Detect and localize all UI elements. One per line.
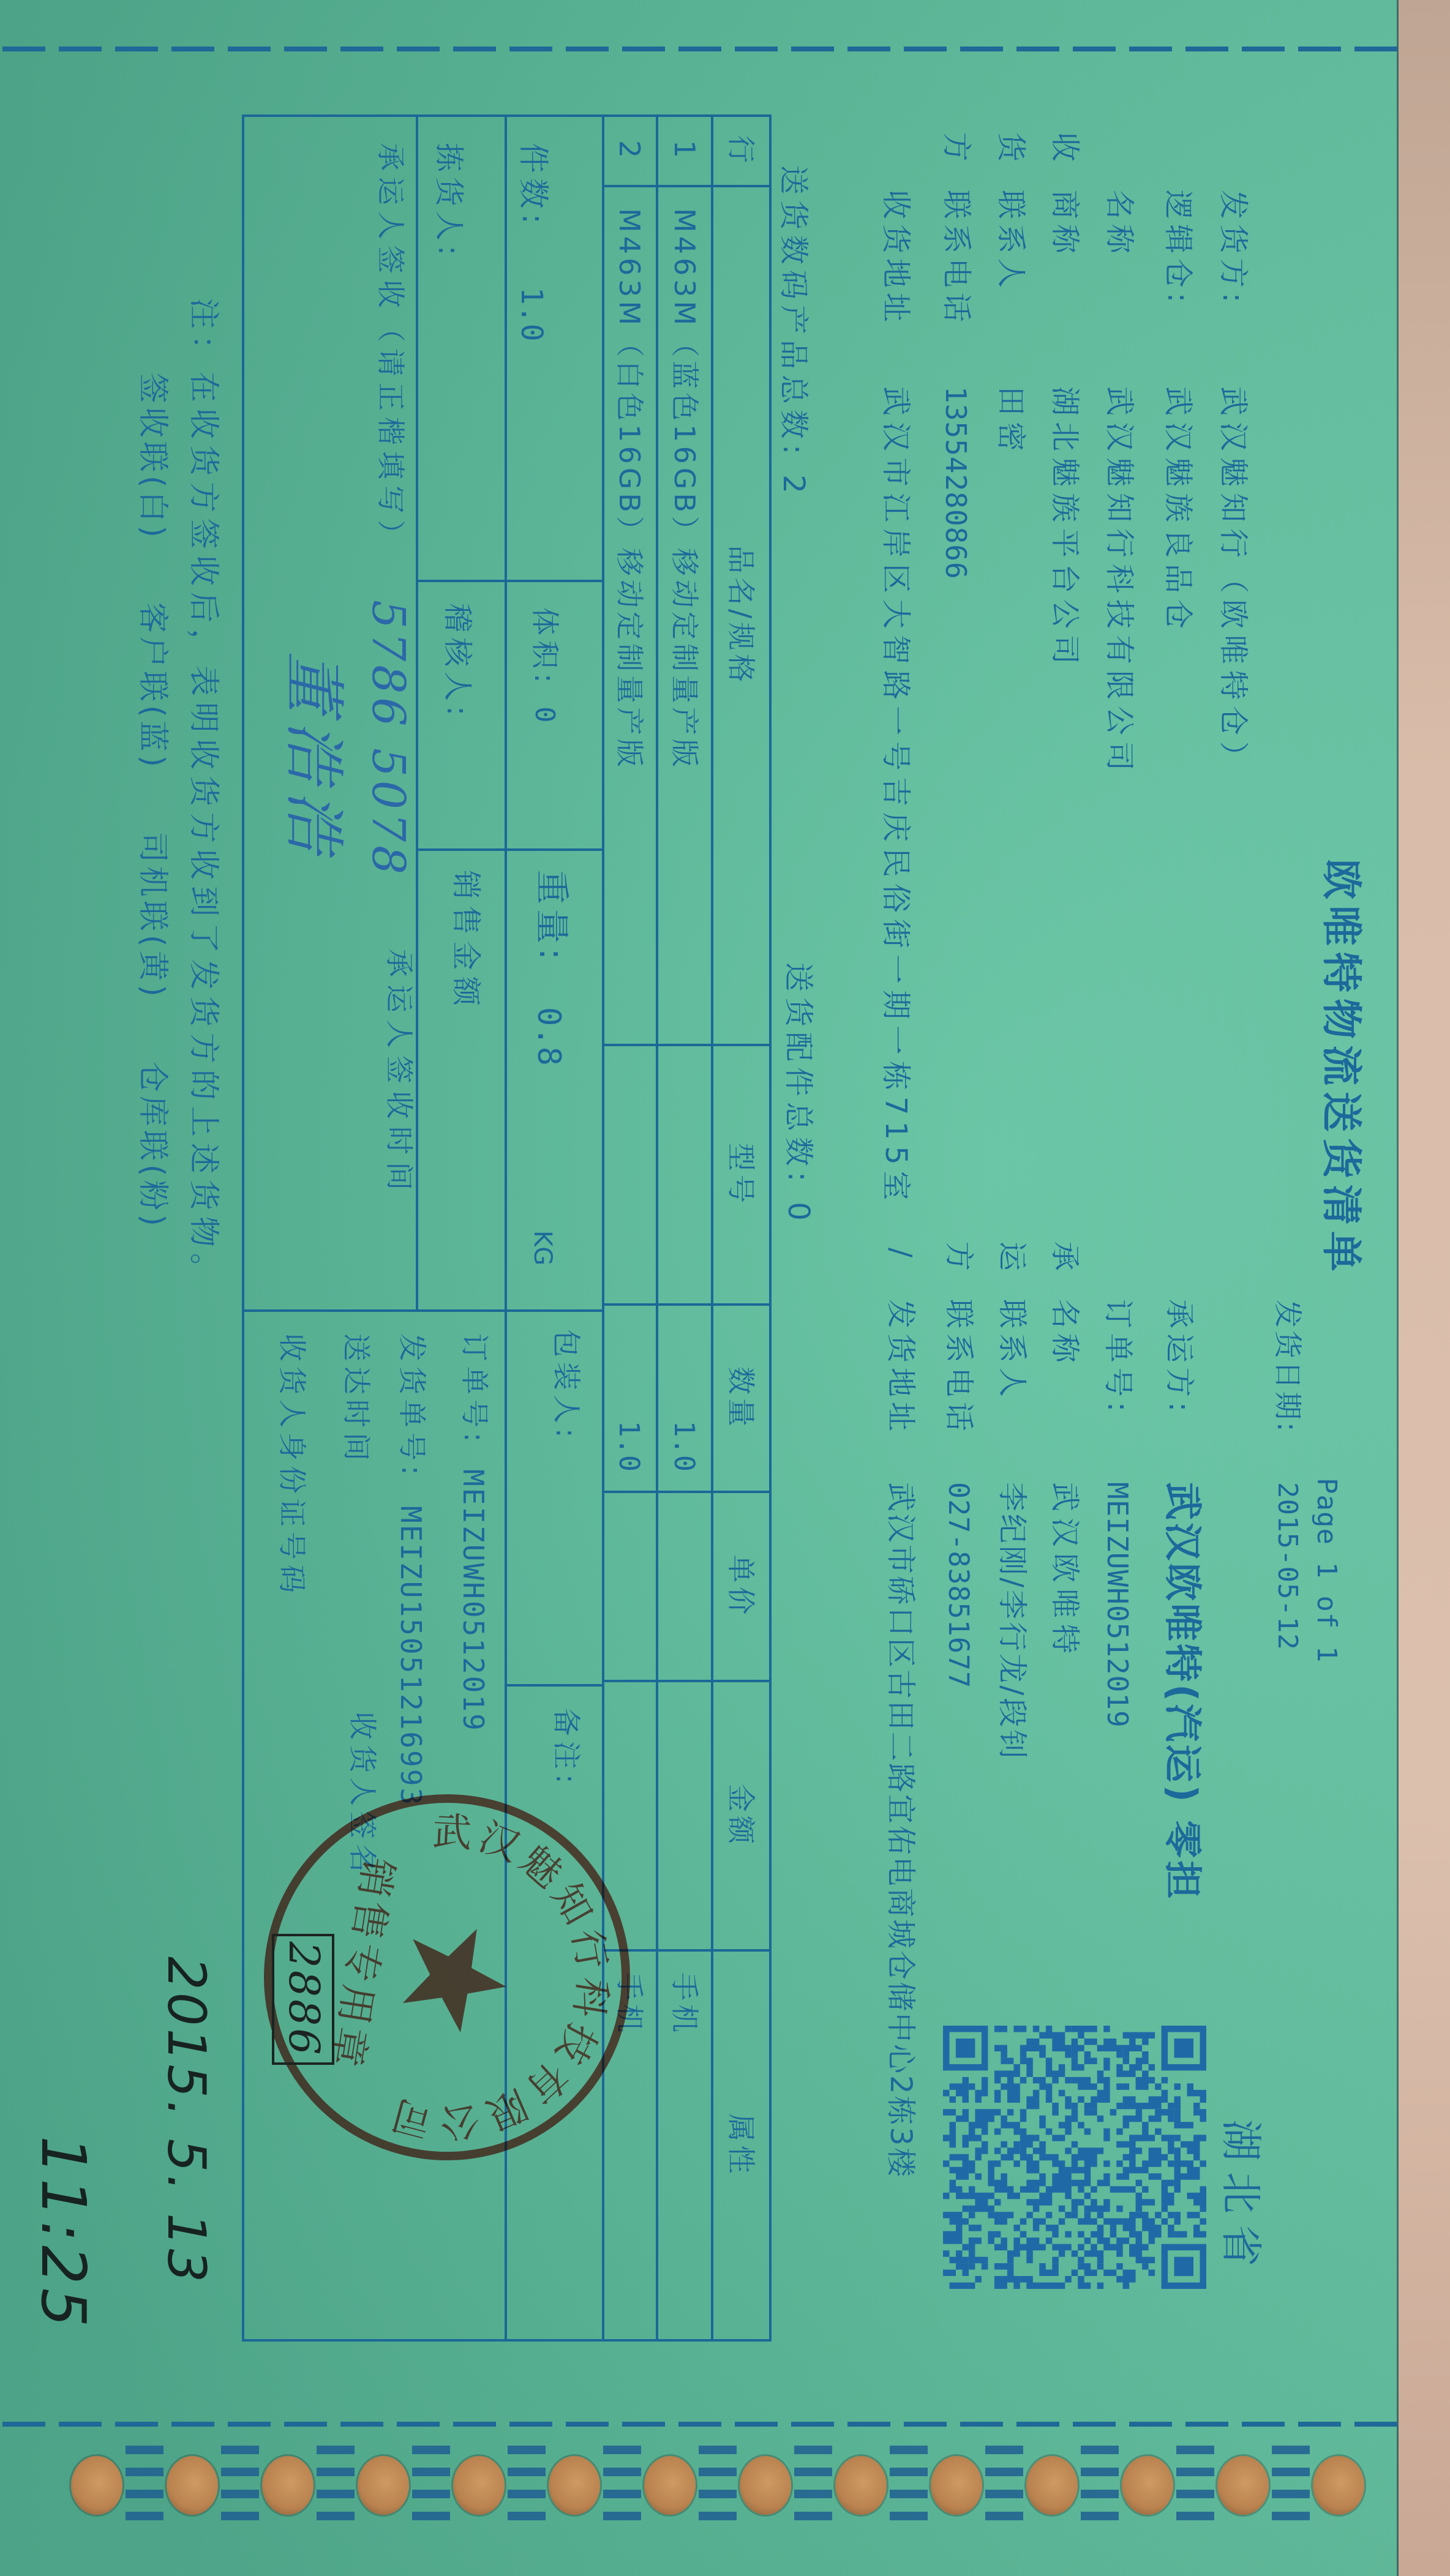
lower-order-number-value: MEIZUWH0512019 <box>459 1469 487 1732</box>
ship-date-label: 发货日期: <box>1274 1300 1302 1434</box>
receiver-id-label: 收货人身份证号码 <box>278 1333 306 1598</box>
col-header-qty: 数量 <box>712 1305 769 1492</box>
tractor-feed-hole <box>71 2456 122 2515</box>
ship-from-address-value: 武汉市硚口区古田二路宜佑电商城仓储中心2栋3楼 <box>886 1482 915 2179</box>
volume-value: 0 <box>531 706 558 724</box>
cell-line: 1 <box>657 117 712 186</box>
perforation-mark <box>317 2446 355 2531</box>
receiver-name-label: 商称 <box>1050 190 1080 258</box>
cell-name-spec: M463M（蓝色16GB）移动定制量产版 <box>657 186 712 1045</box>
perforation-line-right <box>0 2422 1397 2427</box>
perforation-mark <box>412 2446 450 2531</box>
star-icon <box>400 1919 515 2039</box>
cell-model <box>603 1045 657 1305</box>
cell-model <box>657 1045 712 1305</box>
province-label: 湖北省 <box>1219 2119 1261 2277</box>
carrier-group-prefix: 承 <box>1050 1241 1080 1276</box>
col-header-line: 行 <box>712 117 769 186</box>
remarks-label: 备注: <box>552 1708 580 1789</box>
cell-qty: 1.0 <box>603 1305 657 1492</box>
tractor-feed-hole <box>167 2456 218 2515</box>
tractor-feed-hole <box>358 2456 409 2515</box>
tractor-feed-hole <box>453 2456 505 2515</box>
receiver-address-value: 武汉市江岸区大智路一号吉庆民俗街一期一栋715室 <box>881 386 911 1207</box>
perforation-mark <box>890 2446 928 2531</box>
digital-products-total: 送货数码产品总数: 2 <box>779 165 808 499</box>
perforation-mark <box>1272 2446 1310 2531</box>
weight-value: 0.8 <box>533 1007 565 1066</box>
perforation-mark <box>985 2446 1023 2531</box>
cell-line: 2 <box>603 117 657 186</box>
receiver-group-prefix: 方 <box>942 132 971 167</box>
picker-label: 拣货人: <box>434 143 464 260</box>
receiver-contact-value: 田密 <box>996 386 1026 457</box>
pieces-label: 件数: <box>518 143 549 229</box>
company-name-label: 名称 <box>1105 190 1134 258</box>
tractor-feed-hole <box>835 2456 887 2515</box>
receiver-group-prefix: 收 <box>1050 132 1080 167</box>
carrier-sign-label: 承运人签收（请正楷填写） <box>377 143 405 554</box>
cell-qty: 1.0 <box>657 1305 712 1492</box>
tractor-feed-hole <box>644 2456 696 2515</box>
receiver-group-prefix: 货 <box>996 132 1026 167</box>
carrier-group-prefix: 方 <box>944 1241 974 1276</box>
table-divider <box>417 848 603 851</box>
table-divider <box>506 1684 603 1687</box>
shipper-value: 武汉魅知行（欧唯特仓） <box>1219 386 1248 777</box>
cell-name-spec: M463M（白色16GB）移动定制量产版 <box>603 186 657 1045</box>
col-header-amount: 金额 <box>712 1681 769 1950</box>
ship-number-label: 发货单号: <box>398 1333 426 1480</box>
copy-label-blue: 客户联(蓝) <box>138 602 168 771</box>
carrier-label: 承运方: <box>1165 1299 1194 1417</box>
carrier-group-prefix: 运 <box>997 1241 1027 1276</box>
receiver-phone-label: 联系电话 <box>942 190 971 327</box>
carrier-value: 武汉欧唯特(汽运) 零担 <box>1163 1482 1201 1901</box>
col-header-attribute: 属性 <box>712 1950 769 2339</box>
tractor-feed-hole <box>1122 2456 1173 2515</box>
lower-order-number-label: 订单号: <box>460 1333 489 1447</box>
ship-number-value: MEIZU15051216993 <box>397 1506 425 1807</box>
table-header-row: 行 品名/规格 型号 数量 单价 金额 属性 <box>712 117 769 2339</box>
volume-label: 体积: <box>531 607 559 688</box>
qr-code <box>943 2026 1206 2289</box>
tractor-feed-hole <box>1217 2456 1269 2515</box>
cell-amount <box>657 1681 712 1950</box>
packer-label: 包装人: <box>552 1329 580 1443</box>
tractor-feed-hole <box>262 2456 314 2515</box>
receiver-phone-value: 13554280866 <box>942 386 970 580</box>
handwritten-date: 2015. 5. 13 <box>160 1956 212 2285</box>
order-number-value: MEIZUWH0512019 <box>1103 1482 1132 1728</box>
table-divider <box>416 117 418 1309</box>
perforation-mark <box>508 2446 546 2531</box>
perforation-mark <box>699 2446 737 2531</box>
col-header-name-spec: 品名/规格 <box>712 186 769 1045</box>
copy-label-yellow: 司机联(黄) <box>138 832 168 1000</box>
tractor-feed-hole <box>549 2456 600 2515</box>
document-title: 欧唯特物流送货清单 <box>1321 859 1361 1278</box>
cell-unit-price <box>603 1492 657 1681</box>
carrier-handwritten-code: 5786 5078 <box>366 600 411 878</box>
order-number-label: 订单号: <box>1103 1299 1133 1417</box>
ship-from-address-label: 发货地址 <box>886 1299 915 1436</box>
ship-date-value: 2015-05-12 <box>1274 1482 1301 1650</box>
carrier-sign-time-label: 承运人签收时间 <box>385 949 413 1197</box>
receiver-name-value: 湖北魅族平台公司 <box>1050 386 1080 670</box>
shipper-label: 发货方: <box>1219 190 1248 307</box>
pieces-value: 1.0 <box>517 287 546 342</box>
logical-warehouse-label: 逻辑仓: <box>1163 190 1193 307</box>
handwritten-box: 2886 <box>272 1934 334 2065</box>
carrier-name-value: 武汉欧唯特 <box>1050 1482 1080 1660</box>
page-indicator: Page 1 of 1 <box>1313 1478 1340 1663</box>
perforation-mark <box>1176 2446 1214 2531</box>
tractor-feed-hole <box>931 2456 982 2515</box>
receiver-contact-label: 联系人 <box>996 190 1026 293</box>
carrier-contact-value: 李纪刚/李行龙/段钊 <box>997 1482 1027 1761</box>
accessories-total: 送货配件总数: 0 <box>784 962 813 1226</box>
cell-unit-price <box>657 1492 712 1681</box>
table-divider <box>417 580 603 582</box>
footer-note: 注：在收货方签收后，表明收货方收到了发货方的上述货物。 <box>189 298 219 1290</box>
handwritten-time: 11:25 <box>32 2136 94 2331</box>
table-divider <box>244 1309 603 1312</box>
perforation-mark <box>1081 2446 1119 2531</box>
receiver-address-label: 收货地址 <box>881 190 911 327</box>
table-row: 1 M463M（蓝色16GB）移动定制量产版 1.0 手机 <box>657 117 712 2339</box>
perforation-mark <box>603 2446 641 2531</box>
pen-slash-mark: / <box>886 1248 915 1262</box>
desk-surface <box>1397 0 1450 2576</box>
tractor-feed-hole <box>1026 2456 1078 2515</box>
cell-attribute: 手机 <box>657 1950 712 2339</box>
tractor-feed-hole <box>1313 2456 1364 2515</box>
copy-label-pink: 仓库联(粉) <box>138 1061 168 1230</box>
qr-code-icon <box>943 2026 1206 2289</box>
perforation-line-left <box>0 47 1397 51</box>
weight-label: 重量: <box>534 870 568 965</box>
perforation-mark <box>126 2446 163 2531</box>
tractor-feed-hole <box>740 2456 791 2515</box>
weight-unit: KG <box>530 1230 555 1265</box>
carrier-phone-label: 联系电话 <box>944 1299 974 1436</box>
carrier-phone-value: 027-83851677 <box>945 1482 972 1688</box>
logical-warehouse-value: 武汉魅族良品仓 <box>1163 386 1193 635</box>
carrier-contact-label: 联系人 <box>997 1299 1027 1402</box>
carrier-name-label: 名称 <box>1050 1299 1080 1368</box>
checker-label: 稽核人: <box>443 603 472 721</box>
delivery-note: 欧唯特物流送货清单 Page 1 of 1 发货日期: 2015-05-12 湖… <box>0 0 1450 2576</box>
copy-label-white: 签收联(白) <box>138 373 168 541</box>
carrier-signature: 董浩浩 <box>283 651 344 861</box>
col-header-unit-price: 单价 <box>712 1492 769 1681</box>
perforation-mark <box>794 2446 832 2531</box>
sales-amount-label: 销售金额 <box>451 870 481 1012</box>
col-header-model: 型号 <box>712 1045 769 1305</box>
delivery-time-label: 送达时间 <box>342 1333 370 1466</box>
perforation-mark <box>221 2446 259 2531</box>
company-name-value: 武汉魅知行科技有限公司 <box>1105 386 1134 777</box>
